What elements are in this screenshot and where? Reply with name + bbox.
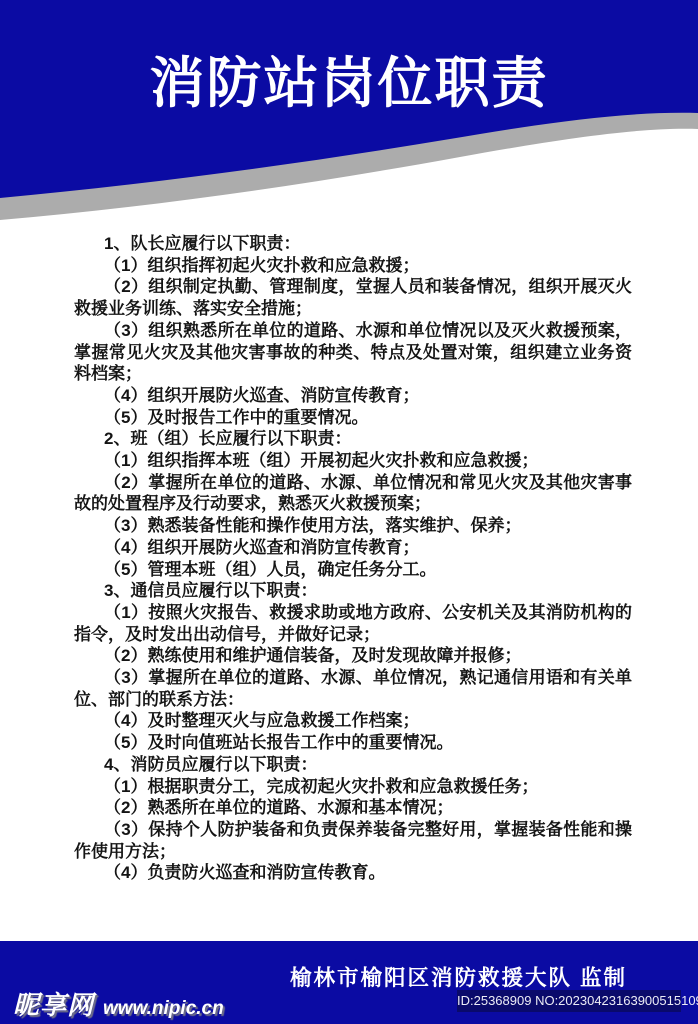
duty-item: （3）熟悉装备性能和操作使用方法，落实维护、保养； bbox=[74, 515, 632, 537]
duty-item: （5）及时报告工作中的重要情况。 bbox=[74, 407, 632, 429]
duty-item: （2）熟练使用和维护通信装备，及时发现故障并报修； bbox=[74, 645, 632, 667]
duty-item: （1）组织指挥初起火灾扑救和应急救援； bbox=[74, 255, 632, 277]
section-heading: 2、班（组）长应履行以下职责： bbox=[74, 428, 632, 450]
duty-item: （4）组织开展防火巡查、消防宣传教育； bbox=[74, 385, 632, 407]
duty-item: （2）掌握所在单位的道路、水源、单位情况和常见火灾及其他灾害事故的处置程序及行动… bbox=[74, 472, 632, 515]
nipic-logo: 昵享网 bbox=[13, 985, 94, 1022]
duty-item: （2）熟悉所在单位的道路、水源和基本情况； bbox=[74, 797, 632, 819]
section-heading: 4、消防员应履行以下职责： bbox=[74, 754, 632, 776]
header-wave-shape bbox=[0, 0, 698, 240]
nipic-watermark: 昵享网 www.nipic.cn bbox=[13, 985, 224, 1022]
nipic-url: www.nipic.cn bbox=[103, 998, 224, 1020]
image-id-stamp: ID:25368909 NO:20230423163900515109 bbox=[457, 990, 681, 1012]
duty-item: （3）保持个人防护装备和负责保养装备完整好用，掌握装备性能和操作使用方法； bbox=[74, 819, 632, 862]
fire-station-duty-poster: 消防站岗位职责 1、队长应履行以下职责： （1）组织指挥初起火灾扑救和应急救援；… bbox=[0, 0, 698, 1024]
duty-item: （4）负责防火巡查和消防宣传教育。 bbox=[74, 862, 632, 884]
producer-credit: 榆林市榆阳区消防救援大队 监制 bbox=[290, 961, 627, 992]
duty-item: （4）组织开展防火巡查和消防宣传教育； bbox=[74, 537, 632, 559]
duty-item: （5）管理本班（组）人员，确定任务分工。 bbox=[74, 559, 632, 581]
duty-item: （5）及时向值班站长报告工作中的重要情况。 bbox=[74, 732, 632, 754]
page-title: 消防站岗位职责 bbox=[0, 52, 698, 114]
footer-bar: 榆林市榆阳区消防救援大队 监制 ID:25368909 NO:202304231… bbox=[0, 941, 698, 1024]
duty-item: （3）掌握所在单位的道路、水源、单位情况，熟记通信用语和有关单位、部门的联系方法… bbox=[74, 667, 632, 710]
duty-item: （1）组织指挥本班（组）开展初起火灾扑救和应急救援； bbox=[74, 450, 632, 472]
duty-item: （2）组织制定执勤、管理制度，堂握人员和装备情况，组织开展灭火救援业务训练、落实… bbox=[74, 276, 632, 319]
duty-item: （1）根据职责分工，完成初起火灾扑救和应急救援任务； bbox=[74, 776, 632, 798]
section-heading: 1、队长应履行以下职责： bbox=[74, 233, 632, 255]
section-heading: 3、通信员应履行以下职责： bbox=[74, 580, 632, 602]
duty-item: （4）及时整理灭火与应急救援工作档案； bbox=[74, 710, 632, 732]
duty-item: （3）组织熟悉所在单位的道路、水源和单位情况以及灭火救援预案，掌握常见火灾及其他… bbox=[74, 320, 632, 385]
duty-item: （1）按照火灾报告、救援求助或地方政府、公安机关及其消防机构的指令，及时发出出动… bbox=[74, 602, 632, 645]
duties-text-block: 1、队长应履行以下职责： （1）组织指挥初起火灾扑救和应急救援； （2）组织制定… bbox=[74, 233, 632, 884]
